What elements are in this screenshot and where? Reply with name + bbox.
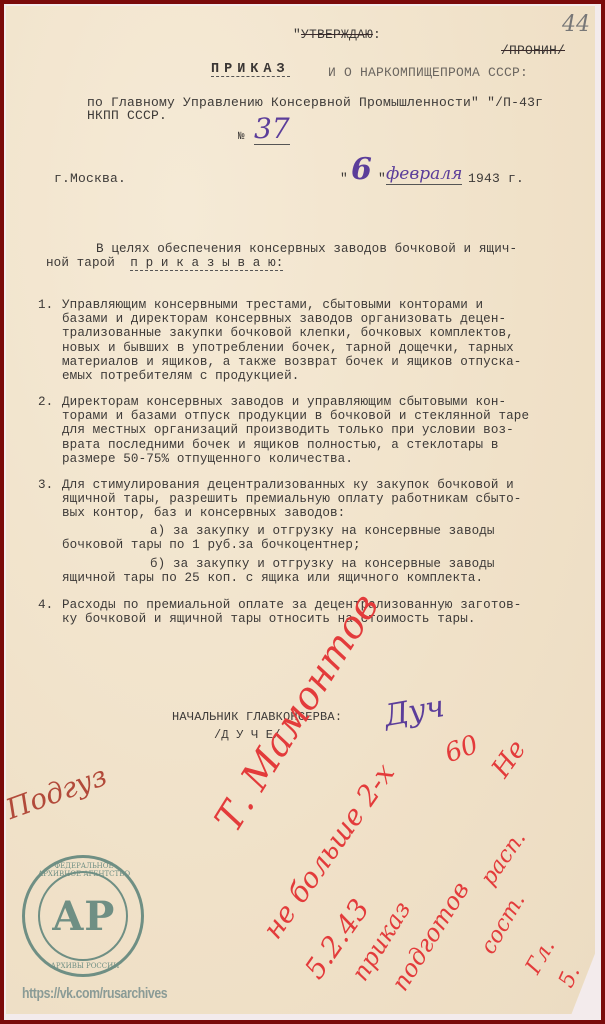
- monogram: АР: [38, 871, 128, 961]
- approval-line: "УТВЕРЖДАЮ:: [293, 28, 381, 41]
- item-1-line: емых потребителям с продукцией.: [62, 369, 521, 383]
- order-word: п р и к а з ы в а ю:: [130, 256, 283, 271]
- item-2: Директорам консервных заводов и управляю…: [62, 395, 529, 466]
- number-label: №: [238, 131, 245, 144]
- item-3-line: вых контор, баз и консервных заводов:: [62, 506, 521, 520]
- preamble-line-2: ной тарой п р и к а з ы в а ю:: [46, 256, 283, 270]
- date-year: 1943 г.: [468, 172, 524, 185]
- item-1: Управляющим консервными трестами, сбытов…: [62, 298, 521, 383]
- approval-struck: УТВЕРЖДАЮ: [301, 27, 373, 42]
- item-3a-line-1: а) за закупку и отгрузку на консервные з…: [150, 524, 495, 538]
- seal-ring-top: ФЕДЕРАЛЬНОЕ АРХИВНОЕ АГЕНТСТВО: [34, 862, 134, 878]
- item-1-line: трализованные закупки бочковой клепки, б…: [62, 326, 521, 340]
- preamble-line-1: В целях обеспечения консервных заводов б…: [96, 242, 517, 256]
- item-1-line: материалов и ящиков, а также возврат боч…: [62, 355, 521, 369]
- item-4-line: Расходы по премиальной оплате за децентр…: [62, 598, 521, 612]
- seal-ring-bottom: АРХИВЫ РОССИИ: [50, 962, 120, 970]
- item-1-number: 1.: [38, 298, 53, 312]
- autograph: Дуч: [381, 689, 447, 734]
- signer-struck: /ПРОНИН/: [501, 44, 565, 57]
- colon: :: [373, 27, 381, 42]
- item-1-line: базами и директорам консервных заводов о…: [62, 312, 521, 326]
- resolution-line: расп.: [476, 826, 531, 890]
- item-2-line: врата последними бочек и ящиков полность…: [62, 438, 529, 452]
- item-3b-line-1: б) за закупку и отгрузку на консервные з…: [150, 557, 495, 571]
- item-3a-line-2: бочковой тары по 1 руб.за бочкоцентнер;: [62, 538, 361, 552]
- margin-annotation: Подгуз: [2, 759, 112, 826]
- date-month: февраля: [386, 164, 462, 185]
- item-2-number: 2.: [38, 395, 53, 409]
- quote-mark: ": [293, 27, 301, 42]
- date-day: 6: [351, 152, 372, 187]
- title-subtitle: И О НАРКОМПИЩЕПРОМА СССР:: [328, 66, 528, 79]
- resolution-line: 5.: [554, 962, 586, 992]
- page-title: ПРИКАЗ: [211, 63, 290, 77]
- resolution-line: сост.: [476, 889, 531, 958]
- item-1-line: новых и бывших в употреблении бочек, тар…: [62, 341, 521, 355]
- item-3b-line-2: ящичной тары по 25 коп. с ящика или ящич…: [62, 571, 483, 585]
- date-open-quote: ": [340, 172, 348, 185]
- item-4: Расходы по премиальной оплате за децентр…: [62, 598, 521, 626]
- item-2-line: размере 50-75% отпущенного количества.: [62, 452, 529, 466]
- item-3-line: ящичной тары, разрешить премиальную опла…: [62, 492, 521, 506]
- order-number: 37: [254, 114, 290, 145]
- source-url[interactable]: https://vk.com/rusarchives: [22, 985, 167, 1002]
- date-close-quote: ": [378, 172, 386, 185]
- item-4-number: 4.: [38, 598, 53, 612]
- item-2-line: Директорам консервных заводов и управляю…: [62, 395, 529, 409]
- item-4-line: ку бочковой и ящичной тары относить на с…: [62, 612, 521, 626]
- resolution-line: 60: [441, 730, 482, 770]
- resolution-line: Не: [486, 735, 532, 783]
- preamble-start: ной тарой: [46, 256, 115, 270]
- dept-line-2: НКПП СССР.: [87, 109, 167, 122]
- city: г.Москва.: [54, 172, 126, 185]
- sheet-number: 44: [562, 12, 590, 37]
- resolution-line: Гл.: [521, 935, 560, 978]
- item-3: Для стимулирования децентрализованных ку…: [62, 478, 521, 521]
- item-3-number: 3.: [38, 478, 53, 492]
- item-2-line: для местных организаций производить толь…: [62, 423, 529, 437]
- item-1-line: Управляющим консервными трестами, сбытов…: [62, 298, 521, 312]
- item-2-line: торами и базами отпуск продукции в бочко…: [62, 409, 529, 423]
- item-3-line: Для стимулирования децентрализованных ку…: [62, 478, 521, 492]
